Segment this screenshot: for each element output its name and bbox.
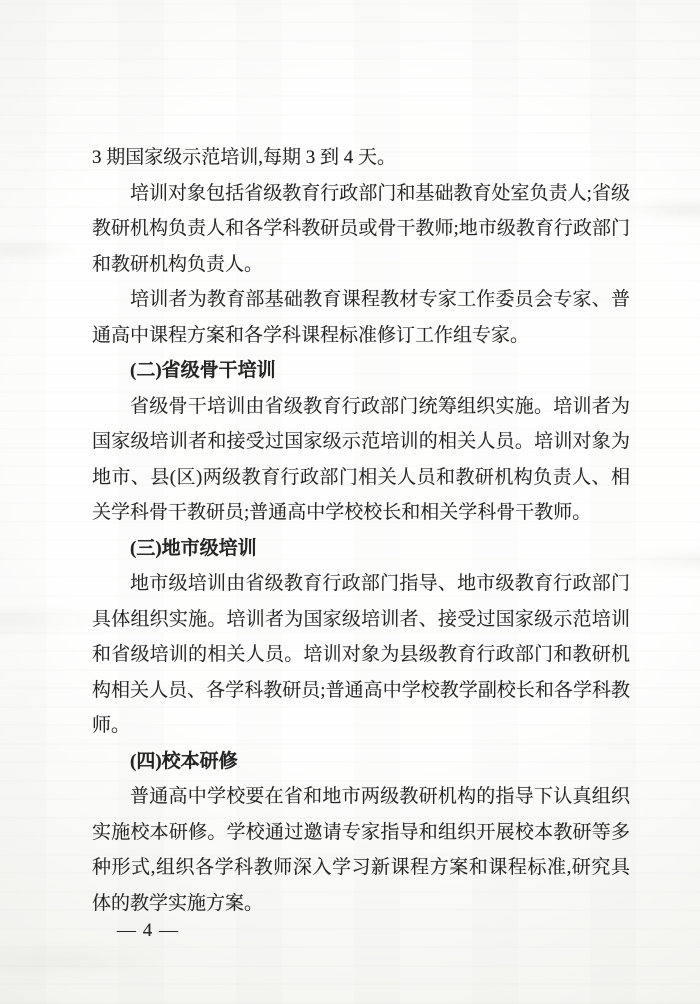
body-paragraph: 3 期国家级示范培训,每期 3 到 4 天。 (92, 140, 630, 176)
body-paragraph: 省级骨干培训由省级教育行政部门统筹组织实施。培训者为国家级培训者和接受过国家级示… (92, 389, 630, 531)
body-paragraph: 培训者为教育部基础教育课程教材专家工作委员会专家、普通高中课程方案和各学科课程标… (92, 282, 630, 353)
scanned-document-page: 3 期国家级示范培训,每期 3 到 4 天。培训对象包括省级教育行政部门和基础教… (0, 0, 700, 1004)
page-number: — 4 — (117, 916, 179, 946)
body-paragraph: 地市级培训由省级教育行政部门指导、地市级教育行政部门具体组织实施。培训者为国家级… (92, 566, 630, 744)
document-body: 3 期国家级示范培训,每期 3 到 4 天。培训对象包括省级教育行政部门和基础教… (92, 140, 630, 921)
section-heading: (四)校本研修 (92, 744, 630, 780)
body-paragraph: 普通高中学校要在省和地市两级教研机构的指导下认真组织实施校本研修。学校通过邀请专… (92, 779, 630, 921)
body-paragraph: 培训对象包括省级教育行政部门和基础教育处室负责人;省级教研机构负责人和各学科教研… (92, 176, 630, 283)
section-heading: (三)地市级培训 (92, 531, 630, 567)
section-heading: (二)省级骨干培训 (92, 353, 630, 389)
